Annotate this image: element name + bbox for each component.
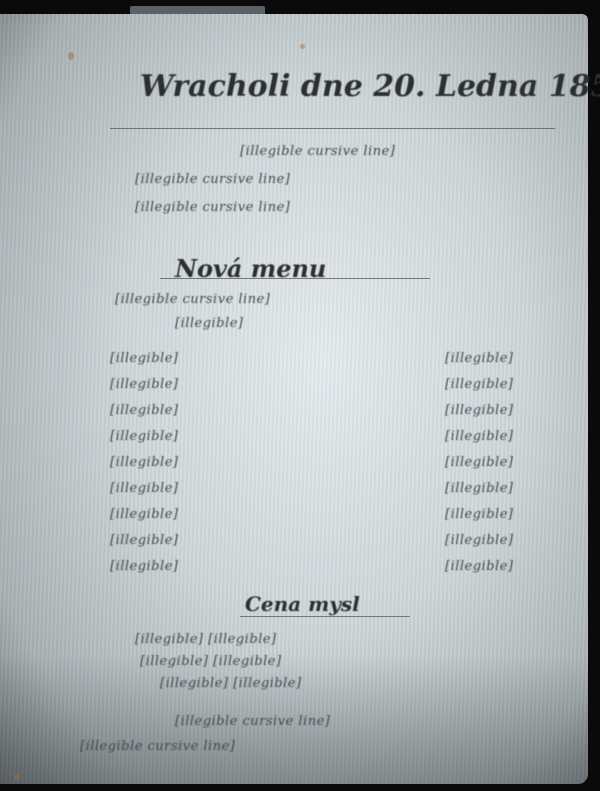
menu-subheading: [illegible cursive line] bbox=[115, 292, 270, 307]
menu-item-left: [illegible] bbox=[110, 377, 178, 392]
menu-item-left: [illegible] bbox=[110, 507, 178, 522]
menu-item-left: [illegible] bbox=[110, 403, 178, 418]
intro-line: [illegible cursive line] bbox=[240, 144, 395, 159]
menu-item-left: [illegible] bbox=[110, 559, 178, 574]
menu-item-right: [illegible] bbox=[445, 455, 513, 470]
price-heading: Cena mysl bbox=[245, 592, 360, 616]
document-page: Wracholi dne 20. Ledna 1853 [illegible c… bbox=[0, 14, 588, 784]
menu-item-right: [illegible] bbox=[445, 533, 513, 548]
stain bbox=[14, 774, 20, 780]
price-underline bbox=[240, 616, 410, 617]
menu-item-right: [illegible] bbox=[445, 351, 513, 366]
menu-item-right: [illegible] bbox=[445, 507, 513, 522]
price-row: [illegible] [illegible] bbox=[135, 632, 277, 647]
intro-line: [illegible cursive line] bbox=[135, 172, 290, 187]
menu-item-right: [illegible] bbox=[445, 377, 513, 392]
footer-line: [illegible cursive line] bbox=[175, 714, 330, 729]
stain bbox=[68, 52, 74, 60]
stain bbox=[300, 44, 305, 49]
menu-item-left: [illegible] bbox=[110, 481, 178, 496]
footer-line: [illegible cursive line] bbox=[80, 739, 235, 754]
price-row: [illegible] [illegible] bbox=[160, 676, 302, 691]
menu-item-right: [illegible] bbox=[445, 481, 513, 496]
menu-item-left: [illegible] bbox=[110, 351, 178, 366]
menu-subheading-2: [illegible] bbox=[175, 316, 243, 331]
menu-item-left: [illegible] bbox=[110, 533, 178, 548]
menu-item-left: [illegible] bbox=[110, 455, 178, 470]
document-title: Wracholi dne 20. Ledna 1853 bbox=[140, 69, 600, 104]
menu-underline bbox=[160, 278, 430, 279]
price-row: [illegible] [illegible] bbox=[140, 654, 282, 669]
title-underline bbox=[110, 128, 555, 129]
menu-item-right: [illegible] bbox=[445, 403, 513, 418]
intro-line: [illegible cursive line] bbox=[135, 200, 290, 215]
menu-item-right: [illegible] bbox=[445, 559, 513, 574]
menu-item-left: [illegible] bbox=[110, 429, 178, 444]
menu-item-right: [illegible] bbox=[445, 429, 513, 444]
